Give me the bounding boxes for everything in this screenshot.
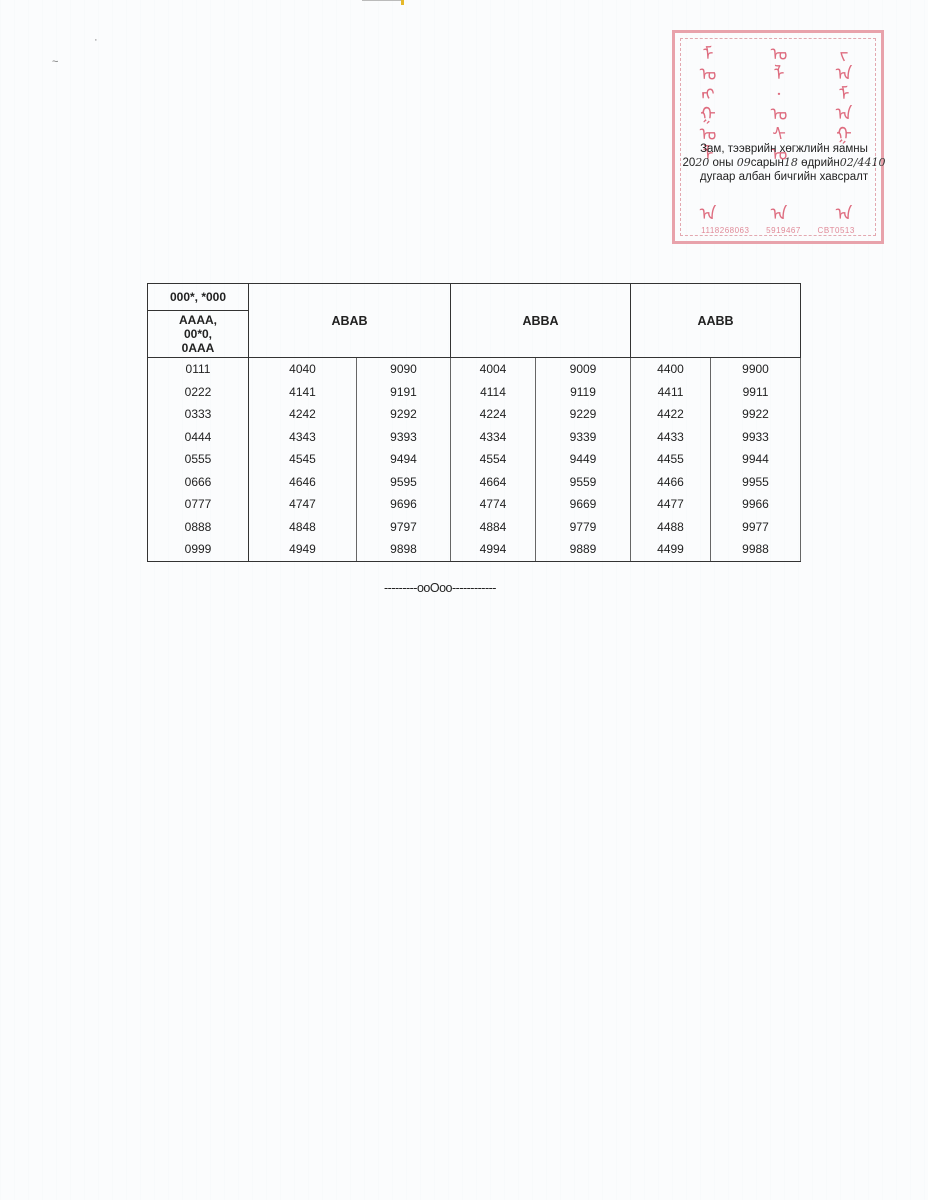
table-cell: 9669 [536,493,630,516]
table-cell: 9292 [357,403,450,426]
handwritten-year: 20 [695,156,709,169]
table-cell: 4884 [451,516,535,539]
table-cell: 9898 [357,538,450,561]
table-cell: 4433 [631,426,710,449]
table-cell: 0555 [148,448,248,471]
table-cell: 4114 [451,381,535,404]
table-cell: 4774 [451,493,535,516]
text-saryn: сарын [751,157,784,169]
handwritten-letter-number: 02/4410 [840,156,886,169]
table-cell: 9449 [536,448,630,471]
stamp-attachment-note: Зам, тээврийн хөгжлийн яамны 2020 оны 09… [669,142,899,184]
table-cell: 4334 [451,426,535,449]
table-cell: 9595 [357,471,450,494]
table-cell: 4545 [249,448,356,471]
table-cell: 4040 [249,358,356,381]
table-cell: 9393 [357,426,450,449]
table-cell: 4455 [631,448,710,471]
stamp-line-date: 2020 оны 09сарын18 өдрийн02/4410 [669,156,899,170]
table-cell: 4488 [631,516,710,539]
table-cell: 9911 [711,381,800,404]
table-cell: 4664 [451,471,535,494]
table-cell: 4949 [249,538,356,561]
table-cell: 9009 [536,358,630,381]
table-cell: 4994 [451,538,535,561]
stamp-line-attachment: дугаар албан бичгийн хавсралт [669,170,899,184]
table-cell: 9889 [536,538,630,561]
table-cell: 0222 [148,381,248,404]
header-group-abab: ABAB [249,284,451,358]
header-pattern-label: 0AAA [148,341,248,355]
table-cell: 4466 [631,471,710,494]
table-cell: 9119 [536,381,630,404]
column-abba-b: 900991199229933994499559966997799889 [536,358,631,562]
table-cell: 0444 [148,426,248,449]
table-cell: 4224 [451,403,535,426]
header-group-abba: ABBA [451,284,631,358]
table-cell: 9966 [711,493,800,516]
table-cell: 4848 [249,516,356,539]
header-pattern-label: 00*0, [148,327,248,341]
number-pattern-table: 000*, *000 ABAB ABBA AABB AAAA, 00*0, 0A… [147,283,801,562]
handwritten-month: 09 [737,156,751,169]
stamp-footer-codes: 1118268063 5919467 CBT0513 [675,226,881,235]
table-cell: 4747 [249,493,356,516]
stamp-mongolian-script-column: ᠵᠠᠮᠠᠭ ᠠ [833,45,855,215]
header-left-bottom: AAAA, 00*0, 0AAA [148,311,249,358]
table-cell: 0777 [148,493,248,516]
table-cell: 9955 [711,471,800,494]
table-cell: 9933 [711,426,800,449]
text-ony: оны [709,157,736,169]
table-cell: 9797 [357,516,450,539]
table-cell: 4477 [631,493,710,516]
table-cell: 9988 [711,538,800,561]
table-cell: 9229 [536,403,630,426]
table-cell: 0111 [148,358,248,381]
scan-speck: · [94,34,98,46]
table-cell: 4004 [451,358,535,381]
table-cell: 9944 [711,448,800,471]
table-cell: 9090 [357,358,450,381]
table-cell: 4242 [249,403,356,426]
table-body-row: 011102220333044405550666077708880999 404… [148,358,801,562]
column-abab-a: 404041414242434345454646474748484949 [249,358,357,562]
table-cell: 4422 [631,403,710,426]
header-group-aabb: AABB [631,284,801,358]
scan-speck: ~ [52,56,58,68]
column-abab-b: 909091919292939394949595969697979898 [357,358,451,562]
table-cell: 0333 [148,403,248,426]
table-header-row: 000*, *000 ABAB ABBA AABB [148,284,801,311]
column-base-numbers: 011102220333044405550666077708880999 [148,358,249,562]
table-cell: 9191 [357,381,450,404]
table-cell: 9922 [711,403,800,426]
column-aabb-a: 440044114422443344554466447744884499 [631,358,711,562]
stamp-mongolian-script-column: ᠤᠯ·ᠤᠰᠤ ᠠ [768,45,790,215]
handwritten-day: 18 [784,156,798,169]
table-cell: 9779 [536,516,630,539]
header-pattern-label: AAAA, [148,313,248,327]
table-cell: 4411 [631,381,710,404]
column-aabb-b: 990099119922993399449955996699779988 [711,358,801,562]
table-cell: 9696 [357,493,450,516]
table-cell: 9977 [711,516,800,539]
table-cell: 4499 [631,538,710,561]
table-cell: 4141 [249,381,356,404]
table-cell: 4646 [249,471,356,494]
table-cell: 9339 [536,426,630,449]
year-prefix: 20 [683,157,696,169]
stamp-line-ministry: Зам, тээврийн хөгжлийн яамны [669,142,899,156]
official-stamp: ᠮᠣᠩᠭᠣᠯ ᠠ ᠤᠯ·ᠤᠰᠤ ᠠ ᠵᠠᠮᠠᠭ ᠠ Зам, тээврийн … [672,30,884,244]
table-cell: 9559 [536,471,630,494]
text-odriin: өдрийн [798,157,840,169]
table-cell: 4343 [249,426,356,449]
scan-artifact-mark [362,0,402,5]
table-cell: 0888 [148,516,248,539]
table-cell: 9900 [711,358,800,381]
stamp-mongolian-script-column: ᠮᠣᠩᠭᠣᠯ ᠠ [697,45,719,215]
table-cell: 0999 [148,538,248,561]
table-cell: 4400 [631,358,710,381]
table-cell: 0666 [148,471,248,494]
table-cell: 9494 [357,448,450,471]
column-abba-a: 400441144224433445544664477448844994 [451,358,536,562]
table-cell: 4554 [451,448,535,471]
document-end-mark: ---------ooOoo------------ [384,581,496,595]
header-left-top: 000*, *000 [148,284,249,311]
